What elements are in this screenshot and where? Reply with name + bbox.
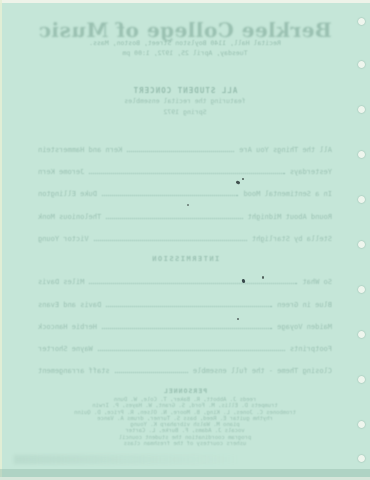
program-row: Stella by Starlight Victor Young [38, 235, 332, 243]
program-credit: Davis and Evans [38, 301, 101, 309]
program-row: All the Things You Are Kern and Hammerst… [38, 146, 332, 154]
program-credit: Jerome Kern [38, 168, 84, 176]
dotted-leader [102, 327, 272, 329]
punch-hole [358, 61, 365, 68]
program-credit: Victor Young [38, 235, 89, 243]
punch-hole [358, 18, 365, 25]
program-row: In a Sentimental Mood Duke Ellington [38, 190, 332, 198]
program-credit: Thelonious Monk [38, 213, 101, 221]
program-row-finale: Closing Theme - the full ensemble staff … [38, 367, 332, 375]
program-row: Blue in Green Davis and Evans [38, 301, 332, 309]
ink-speck [262, 276, 264, 279]
program-title: Closing Theme - the full ensemble [193, 367, 332, 375]
personnel-line: trombones C. Jones, L. King, B. Moore, N… [36, 410, 334, 416]
ink-speck [187, 204, 189, 206]
program-title: So What [302, 278, 332, 286]
program-credit: Herbie Hancock [38, 323, 97, 331]
program-credit: staff arrangement [38, 367, 110, 375]
bleed-heading-2: featuring the recital ensembles [36, 97, 334, 105]
program-title: Footprints [290, 345, 332, 353]
program-row: Maiden Voyage Herbie Hancock [38, 323, 332, 331]
program-title: In a Sentimental Mood [243, 190, 332, 198]
intermission-label: INTERMISSION [36, 255, 334, 263]
bleed-date-line: Tuesday, April 25, 1972, 1:00 pm [36, 49, 334, 57]
dotted-leader [106, 305, 272, 307]
scan-edge-left [0, 0, 2, 480]
program-credit: Kern and Hammerstein [38, 146, 122, 154]
program-title: Stella by Starlight [252, 235, 332, 243]
punch-hole [358, 241, 365, 248]
punch-hole [358, 151, 365, 158]
punch-hole [358, 106, 365, 113]
program-title: Blue in Green [277, 301, 332, 309]
program-title: Yesterdays [290, 168, 332, 176]
punch-hole [358, 286, 365, 293]
program-row: So What Miles Davis [38, 278, 332, 286]
program-credit: Miles Davis [38, 278, 84, 286]
program-row: Round About Midnight Thelonious Monk [38, 213, 332, 221]
punch-hole [358, 331, 365, 338]
punch-hole [358, 421, 365, 428]
program-title: Round About Midnight [248, 213, 332, 221]
dotted-leader [102, 194, 238, 196]
dotted-leader [89, 172, 284, 174]
personnel-heading: PERSONNEL [36, 387, 334, 395]
bleed-through-layer: Berklee College of Music Recital Hall, 1… [36, 0, 334, 480]
dotted-leader [98, 349, 285, 351]
program-credit: Wayne Shorter [38, 345, 93, 353]
ink-speck [242, 178, 244, 180]
dotted-leader [106, 217, 242, 219]
punch-hole [358, 376, 365, 383]
personnel-line: ushers courtesy of the freshman class [36, 441, 334, 447]
program-row: Footprints Wayne Shorter [38, 345, 332, 353]
dotted-leader [89, 282, 297, 284]
dotted-leader [115, 371, 188, 373]
program-row: Yesterdays Jerome Kern [38, 168, 332, 176]
bleed-venue-line: Recital Hall, 1140 Boylston Street, Bost… [36, 39, 334, 47]
punch-hole [358, 455, 365, 462]
dotted-leader [94, 239, 247, 241]
program-credit: Duke Ellington [38, 190, 97, 198]
scanned-page: { "colors": { "paper": "#c5e6d8", "ink_b… [0, 0, 370, 480]
dotted-leader [127, 150, 234, 152]
program-title: Maiden Voyage [277, 323, 332, 331]
bleed-heading-1: ALL STUDENT CONCERT [36, 86, 334, 95]
ink-speck [237, 318, 239, 320]
bleed-heading-3: Spring 1972 [36, 108, 334, 116]
punch-hole [358, 196, 365, 203]
personnel-block: reeds J. Abbott, R. Baker, T. Cole, W. D… [36, 397, 334, 447]
program-title: All the Things You Are [239, 146, 332, 154]
